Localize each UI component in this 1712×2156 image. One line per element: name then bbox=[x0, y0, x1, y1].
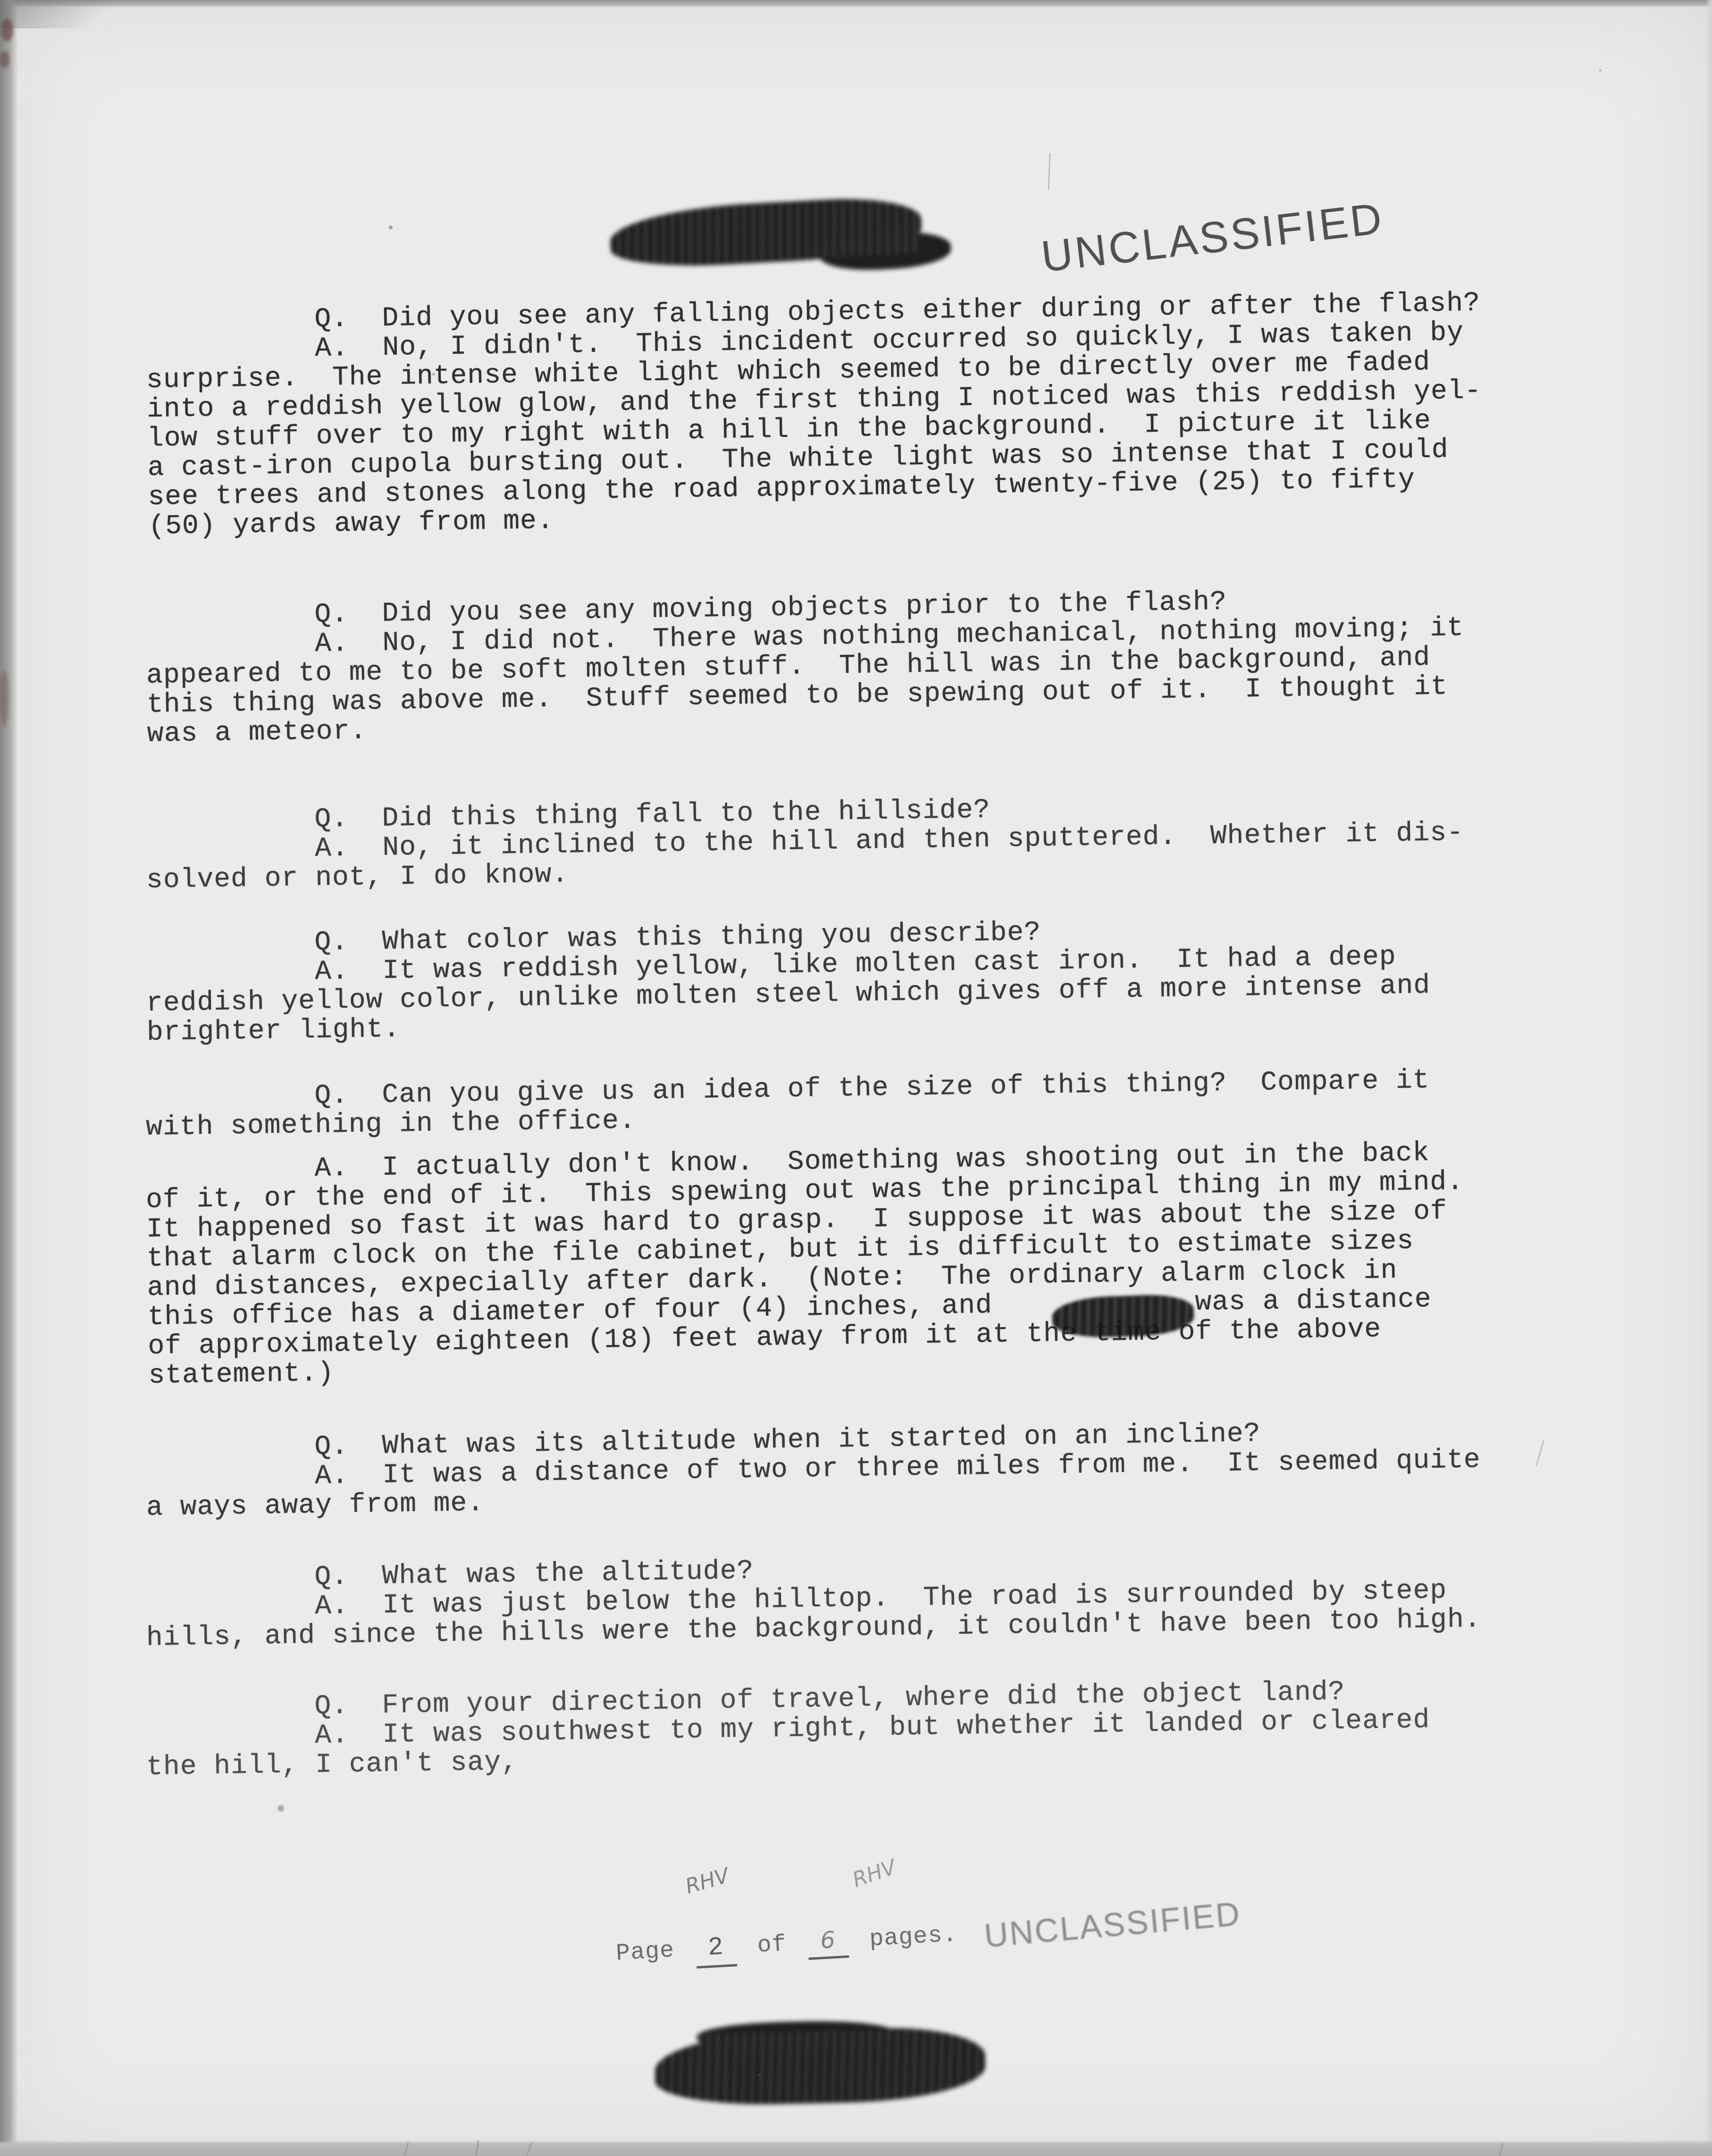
obliterated-stamp-top bbox=[609, 195, 923, 270]
unclassified-stamp-footer: UNCLASSIFIED bbox=[983, 1895, 1242, 1955]
qa-paragraph: Q. Can you give us an idea of the size o… bbox=[145, 1066, 1430, 1143]
qa-paragraph: Q. Did you see any moving objects prior … bbox=[145, 585, 1465, 749]
unclassified-stamp-top: UNCLASSIFIED bbox=[1039, 194, 1386, 282]
qa-paragraph: A. I actually don't know. Something was … bbox=[145, 1138, 1466, 1391]
scratch-mark bbox=[1536, 1440, 1544, 1466]
pages-label: pages. bbox=[869, 1922, 958, 1953]
inline-redaction-blot bbox=[1052, 1294, 1195, 1339]
film-edge-mark bbox=[0, 670, 8, 727]
of-label: of bbox=[756, 1931, 787, 1959]
scan-edge-left bbox=[0, 0, 18, 2156]
handwritten-initials-right: RHV bbox=[849, 1855, 899, 1892]
scan-edge-bottom bbox=[0, 2140, 1712, 2156]
qa-paragraph: Q. Did you see any falling objects eithe… bbox=[145, 289, 1483, 542]
qa-paragraph: Q. What was its altitude when it started… bbox=[145, 1417, 1481, 1523]
scan-edge-right bbox=[1705, 0, 1712, 2156]
scratch-mark bbox=[1048, 153, 1051, 190]
film-edge-mark bbox=[1, 19, 13, 42]
dust-speck bbox=[758, 2073, 761, 2077]
scan-corner-shade bbox=[0, 0, 142, 28]
handwritten-initials-left: RHV bbox=[683, 1864, 732, 1899]
scratch-mark bbox=[526, 2142, 532, 2156]
dust-speck bbox=[663, 2061, 666, 2063]
qa-paragraph: Q. From your direction of travel, where … bbox=[145, 1677, 1431, 1782]
qa-paragraph: Q. What color was this thing you describ… bbox=[145, 913, 1431, 1048]
ink-speck bbox=[277, 1805, 284, 1812]
scratch-mark bbox=[1499, 2143, 1504, 2156]
film-edge-mark bbox=[0, 51, 9, 68]
obliterated-stamp-bottom bbox=[654, 2026, 986, 2107]
dust-speck bbox=[432, 373, 435, 376]
page-number: 2 bbox=[695, 1932, 737, 1969]
scratch-mark bbox=[476, 2140, 479, 2156]
dust-speck bbox=[1599, 69, 1602, 72]
dust-speck bbox=[389, 226, 393, 229]
scanned-document-page: UNCLASSIFIED Q. Did you see any falling … bbox=[0, 0, 1712, 2156]
qa-paragraph: Q. What was the altitude? A. It was just… bbox=[145, 1547, 1481, 1653]
total-pages: 6 bbox=[807, 1925, 849, 1960]
scan-edge-top bbox=[0, 0, 1712, 8]
scratch-mark bbox=[404, 2142, 409, 2156]
qa-paragraph: Q. Did this thing fall to the hillside? … bbox=[145, 789, 1464, 895]
page-count-line: Page 2 of 6 pages. bbox=[615, 1919, 958, 1973]
page-label: Page bbox=[615, 1937, 675, 1967]
